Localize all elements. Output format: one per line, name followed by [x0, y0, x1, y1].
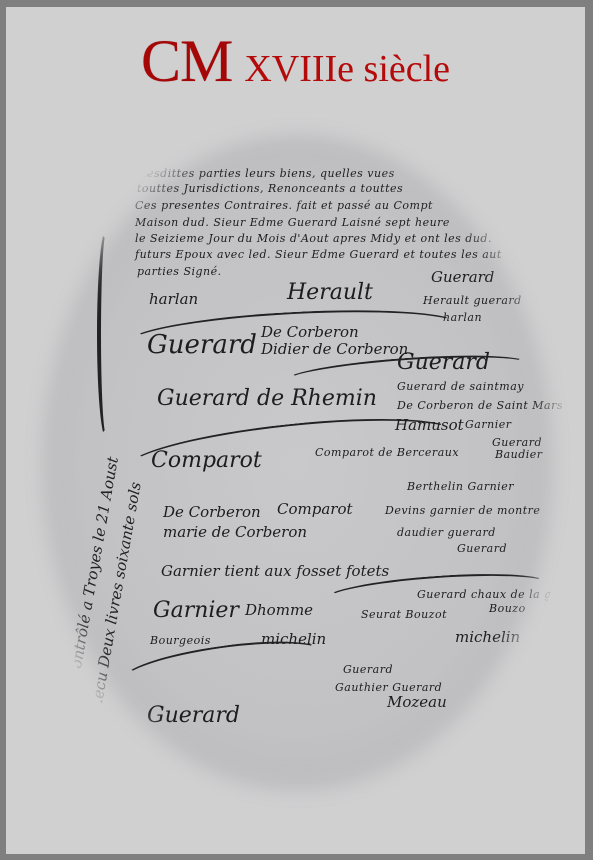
picture-frame: CMXVIIIe siècle lesdittes parties leurs …: [6, 7, 585, 854]
body-line: futurs Epoux avec led. Sieur Edme Guerar…: [135, 248, 502, 261]
signature: Garnier: [153, 598, 239, 623]
signature: Herault: [287, 280, 373, 305]
signature: Baudier: [495, 448, 543, 461]
body-line: le Seizieme Jour du Mois d'Aout apres Mi…: [135, 232, 492, 245]
signature: Garnier tient aux fosset fotets: [161, 562, 389, 580]
signature: Mozeau: [387, 693, 447, 711]
signature: Dhomme: [245, 601, 313, 619]
signature: Bourgeois: [150, 634, 211, 647]
signature: Guerard: [457, 542, 507, 555]
page-title: CMXVIIIe siècle: [6, 27, 585, 96]
title-century: XVIIIe siècle: [244, 48, 450, 90]
body-line: Maison dud. Sieur Edme Guerard Laisné se…: [135, 216, 450, 229]
body-line: parties Signé.: [137, 265, 222, 278]
signature: De Corberon: [163, 503, 261, 521]
body-line: touttes Jurisdictions, Renonceants a tou…: [137, 182, 403, 195]
signature: marie de Corberon: [163, 523, 307, 541]
signature: Guerard: [343, 663, 393, 676]
signature: De Corberon de Saint Mars: [397, 399, 563, 412]
body-line: Ces presentes Contraires. fait et passé …: [135, 199, 433, 212]
signature: Garnier: [465, 418, 511, 431]
signature: Berthelin Garnier: [407, 480, 514, 493]
signature: daudier guerard: [397, 526, 496, 539]
signature: Seurat Bouzot: [361, 608, 447, 621]
signature: Comparot: [277, 500, 353, 518]
manuscript-photo-vignette: lesdittes parties leurs biens, quelles v…: [25, 118, 570, 808]
title-main: CM: [141, 28, 232, 94]
signature: harlan: [149, 290, 198, 308]
signature: Guerard: [431, 268, 494, 286]
signature: michelin: [455, 628, 520, 646]
signature: Guerard: [147, 703, 240, 728]
flourish-stroke: [97, 230, 115, 438]
signature: Guerard de Rhemin: [157, 386, 377, 411]
signature: Bouzo: [489, 602, 526, 615]
signature: Devins garnier de montre: [385, 504, 540, 517]
signature: Herault guerard: [423, 294, 522, 307]
body-line: lesdittes parties leurs biens, quelles v…: [143, 167, 395, 180]
